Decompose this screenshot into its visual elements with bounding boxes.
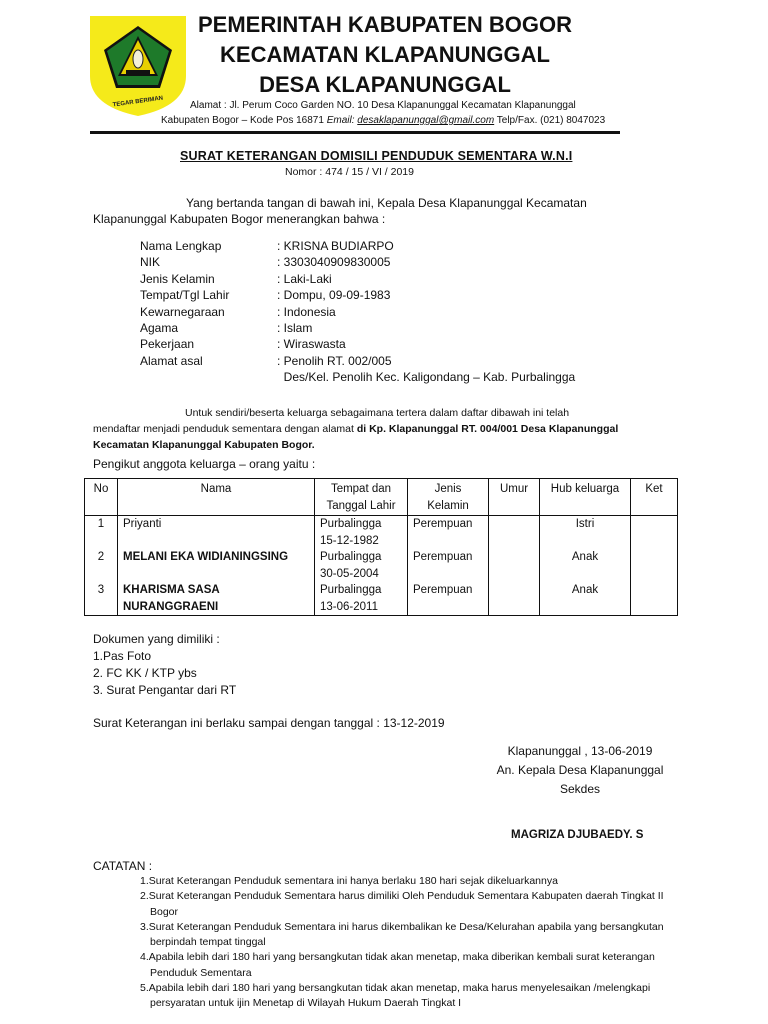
kabupaten-bogor-emblem-icon: TEGAR BERIMAN	[88, 14, 188, 118]
birth-date: 13-06-2011	[320, 599, 402, 616]
cell-no: 2	[85, 549, 118, 582]
cell-no: 1	[85, 516, 118, 550]
document-item: 1.Pas Foto	[93, 648, 236, 665]
registration-line1: Untuk sendiri/beserta keluarga sebagaima…	[93, 405, 683, 421]
intro-line1: Yang bertanda tangan di bawah ini, Kepal…	[186, 196, 587, 210]
table-row: 3 KHARISMA SASA NURANGGRAENI Purbalingga…	[85, 582, 678, 616]
intro-line2: Klapanunggal Kabupaten Bogor menerangkan…	[93, 212, 385, 226]
table-row: 2 MELANI EKA WIDIANINGSING Purbalingga30…	[85, 549, 678, 582]
registration-text: mendaftar menjadi penduduk sementara den…	[93, 423, 357, 435]
cell-relation: Anak	[540, 582, 631, 616]
notes-list: 1.Surat Keterangan Penduduk sementara in…	[140, 874, 680, 1012]
signature-position: Sekdes	[480, 780, 680, 799]
birth-date: 30-05-2004	[320, 566, 402, 583]
cell-relation: Istri	[540, 516, 631, 550]
letter-number: Nomor : 474 / 15 / VI / 2019	[285, 166, 414, 178]
col-relation: Hub keluarga	[540, 479, 631, 516]
cell-birth: Purbalingga15-12-1982	[315, 516, 408, 550]
col-note: Ket	[631, 479, 678, 516]
identity-row-name: Nama Lengkap: KRISNA BUDIARPO	[140, 239, 575, 255]
cell-relation: Anak	[540, 549, 631, 582]
identity-value: : Laki-Laki	[277, 272, 332, 288]
table-row: 1 Priyanti Purbalingga15-12-1982 Perempu…	[85, 516, 678, 550]
signature-place-date: Klapanunggal , 13-06-2019	[480, 742, 680, 761]
identity-label	[140, 370, 277, 386]
col-name: Nama	[118, 479, 315, 516]
note-item: 4.Apabila lebih dari 180 hari yang bersa…	[140, 950, 680, 981]
identity-row-occupation: Pekerjaan: Wiraswasta	[140, 337, 575, 353]
identity-label: Jenis Kelamin	[140, 272, 277, 288]
col-birth: Tempat dan Tanggal Lahir	[315, 479, 408, 516]
registration-paragraph: Untuk sendiri/beserta keluarga sebagaima…	[93, 405, 683, 453]
identity-value: : Islam	[277, 321, 312, 337]
col-gender: Jenis Kelamin	[408, 479, 489, 516]
birth-place: Purbalingga	[320, 516, 402, 533]
signatory-name: MAGRIZA DJUBAEDY. S	[511, 829, 643, 841]
family-table-header: No Nama Tempat dan Tanggal Lahir Jenis K…	[85, 479, 678, 516]
documents-heading: Dokumen yang dimiliki :	[93, 631, 236, 648]
cell-birth: Purbalingga30-05-2004	[315, 549, 408, 582]
cell-name: KHARISMA SASA NURANGGRAENI	[118, 582, 315, 616]
family-table: No Nama Tempat dan Tanggal Lahir Jenis K…	[84, 478, 678, 616]
address-line1: Alamat : Jl. Perum Coco Garden NO. 10 De…	[190, 100, 576, 111]
signature-block: Klapanunggal , 13-06-2019 An. Kepala Des…	[480, 742, 680, 799]
identity-row-address: Alamat asal: Penolih RT. 002/005	[140, 354, 575, 370]
identity-label: Tempat/Tgl Lahir	[140, 288, 277, 304]
note-item: 1.Surat Keterangan Penduduk sementara in…	[140, 874, 680, 889]
identity-row-birth: Tempat/Tgl Lahir: Dompu, 09-09-1983	[140, 288, 575, 304]
identity-value: : Indonesia	[277, 305, 336, 321]
registration-address: di Kp. Klapanunggal RT. 004/001 Desa Kla…	[357, 423, 618, 435]
identity-table: Nama Lengkap: KRISNA BUDIARPO NIK: 33030…	[140, 239, 575, 387]
birth-date: 15-12-1982	[320, 533, 402, 550]
identity-value: : Dompu, 09-09-1983	[277, 288, 390, 304]
identity-label: Agama	[140, 321, 277, 337]
cell-gender: Perempuan	[408, 516, 489, 550]
signature-on-behalf: An. Kepala Desa Klapanunggal	[480, 761, 680, 780]
identity-value: Des/Kel. Penolih Kec. Kaligondang – Kab.…	[277, 370, 575, 386]
cell-note	[631, 549, 678, 582]
registration-address-cont: Kecamatan Klapanunggal Kabupaten Bogor.	[93, 439, 315, 451]
cell-name: MELANI EKA WIDIANINGSING	[118, 549, 315, 582]
letterhead-divider	[90, 131, 620, 134]
cell-age	[489, 549, 540, 582]
col-no: No	[85, 479, 118, 516]
cell-note	[631, 516, 678, 550]
identity-label: Pekerjaan	[140, 337, 277, 353]
registration-line2: mendaftar menjadi penduduk sementara den…	[93, 421, 683, 437]
phone: Telp/Fax. (021) 8047023	[494, 115, 605, 126]
identity-row-gender: Jenis Kelamin: Laki-Laki	[140, 272, 575, 288]
address-prefix: Kabupaten Bogor – Kode Pos 16871	[161, 115, 327, 126]
identity-label: Kewarnegaraan	[140, 305, 277, 321]
identity-label: Nama Lengkap	[140, 239, 277, 255]
cell-birth: Purbalingga13-06-2011	[315, 582, 408, 616]
letterhead-line1: PEMERINTAH KABUPATEN BOGOR	[185, 12, 585, 38]
email-link[interactable]: desaklapanunggal@gmail.com	[357, 115, 494, 126]
letterhead-line2: KECAMATAN KLAPANUNGGAL	[185, 42, 585, 68]
cell-gender: Perempuan	[408, 549, 489, 582]
identity-label: Alamat asal	[140, 354, 277, 370]
cell-gender: Perempuan	[408, 582, 489, 616]
notes-heading: CATATAN :	[93, 859, 152, 873]
identity-row-religion: Agama: Islam	[140, 321, 575, 337]
note-item: 2.Surat Keterangan Penduduk Sementara ha…	[140, 889, 680, 920]
identity-label: NIK	[140, 255, 277, 271]
cell-name: Priyanti	[118, 516, 315, 550]
note-item: 3.Surat Keterangan Penduduk Sementara in…	[140, 920, 680, 951]
address-line2: Kabupaten Bogor – Kode Pos 16871 Email: …	[161, 115, 605, 126]
identity-row-nik: NIK: 3303040909830005	[140, 255, 575, 271]
document-item: 2. FC KK / KTP ybs	[93, 665, 236, 682]
email-label: Email:	[327, 115, 358, 126]
documents-section: Dokumen yang dimiliki : 1.Pas Foto 2. FC…	[93, 631, 236, 699]
cell-age	[489, 516, 540, 550]
col-age: Umur	[489, 479, 540, 516]
identity-value: : KRISNA BUDIARPO	[277, 239, 394, 255]
identity-value: : 3303040909830005	[277, 255, 390, 271]
letter-title: SURAT KETERANGAN DOMISILI PENDUDUK SEMEN…	[180, 149, 572, 163]
validity-statement: Surat Keterangan ini berlaku sampai deng…	[93, 716, 445, 730]
cell-no: 3	[85, 582, 118, 616]
birth-place: Purbalingga	[320, 549, 402, 566]
identity-value: : Wiraswasta	[277, 337, 346, 353]
note-item: 5.Apabila lebih dari 180 hari yang bersa…	[140, 981, 680, 1012]
identity-row-address-cont: Des/Kel. Penolih Kec. Kaligondang – Kab.…	[140, 370, 575, 386]
birth-place: Purbalingga	[320, 582, 402, 599]
letterhead-line3: DESA KLAPANUNGGAL	[185, 72, 585, 98]
identity-row-nationality: Kewarnegaraan: Indonesia	[140, 305, 575, 321]
cell-age	[489, 582, 540, 616]
family-heading: Pengikut anggota keluarga – orang yaitu …	[93, 457, 315, 471]
cell-note	[631, 582, 678, 616]
identity-value: : Penolih RT. 002/005	[277, 354, 392, 370]
document-item: 3. Surat Pengantar dari RT	[93, 682, 236, 699]
